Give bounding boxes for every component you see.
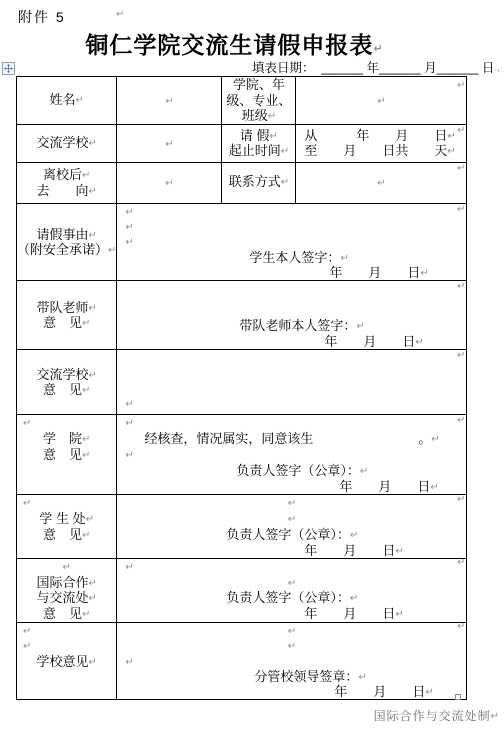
row-student-office-opinion: ↵学 生 处↵意 见↵ ↵ ↵ 负责人签字（公章）：↵ 年 月 日↵ [17,495,467,559]
paragraph-mark-icon: ↵ [288,498,296,509]
verification-note: 经核查，情况属实，同意该生 [144,431,313,446]
paragraph-mark-icon: ↵ [288,578,296,589]
paragraph-mark-icon: ↵ [82,434,90,445]
note-period: 。 [418,431,431,446]
paragraph-mark-icon: ↵ [288,641,296,652]
paragraph-mark-icon: ↵ [281,146,289,157]
paragraph-mark-icon: ↵ [82,170,90,181]
contact-input-cell[interactable]: ↵ [296,162,467,203]
application-form-table: 姓名↵ ↵ 学院、年级、专业、班级↵ ↵ 交流学校↵ ↵ 请 假↵起止时间↵ 从… [16,76,467,700]
paragraph-mark-icon: ↵ [447,131,455,142]
paragraph-mark-icon: ↵ [165,178,173,189]
paragraph-mark-icon: ↵ [425,687,433,698]
exchange-school-label-cell: 交流学校↵ [17,124,117,162]
safety-commitment-label: （附安全承诺） [17,242,108,257]
paragraph-mark-icon: ↵ [89,657,97,668]
college-grade-input-cell[interactable]: ↵ [296,77,467,125]
date-blank-line: 年 月 日 [324,334,415,349]
leave-period-input-cell[interactable]: 从 年 月 日↵至 月 日共 天↵ [296,124,467,162]
paragraph-mark-icon: ↵ [89,578,97,589]
opinion-label: 意 见 [43,315,82,330]
destination-input-cell[interactable]: ↵ [117,162,222,203]
leave-period-label-cell: 请 假↵起止时间↵ [222,124,296,162]
row-end-mark-icon: ↵ [457,80,471,94]
paragraph-mark-icon: ↵ [23,498,31,509]
document-page: 附件 5 ↵ 铜仁学院交流生请假申报表↵ 填表日期： ______ 年_____… [0,0,504,729]
row-school-opinion: ↵↵学校意见↵ ↵ ↵ ↵ 分管校领导签章：↵ 年 月 日↵ [17,623,467,700]
paragraph-mark-icon: ↵ [165,96,173,107]
four-direction-arrow-icon [4,64,13,73]
row-destination: 离校后↵去 向↵ ↵ 联系方式↵ ↵ [17,162,467,203]
school-opinion-label: 学校意见 [37,654,89,669]
responsible-signature-label: 负责人签字（公章）： [226,527,350,542]
row-end-mark-icon: ↵ [457,494,471,508]
paragraph-mark-icon: ↵ [377,96,385,107]
teacher-opinion-label-cell: 带队老师↵意 见↵ [17,281,117,350]
international-office-label: 国际合作 [37,575,89,590]
paragraph-mark-icon: ↵ [89,593,97,604]
paragraph-mark-icon: ↵ [288,626,296,637]
table-resize-handle-icon[interactable] [455,694,461,700]
paragraph-mark-icon: ↵ [125,562,133,573]
opinion-label: 意 见 [43,606,82,621]
paragraph-mark-icon: ↵ [82,318,90,329]
row-end-mark-icon: ↵ [457,557,471,571]
row-exchange-school: 交流学校↵ ↵ 请 假↵起止时间↵ 从 年 月 日↵至 月 日共 天↵ [17,124,467,162]
paragraph-mark-icon: ↵ [23,641,31,652]
paragraph-mark-icon: ↵ [360,466,368,477]
opinion-label: 意 见 [43,447,82,462]
paragraph-mark-icon: ↵ [431,434,439,445]
fill-date-line: 填表日期： ______ 年______ 月______ 日., [0,58,500,76]
leave-from-text: 从 年 月 日 [304,128,447,143]
paragraph-mark-icon: ↵ [125,237,133,248]
teacher-opinion-input-cell[interactable]: 带队老师本人签字：↵ 年 月 日↵ [117,281,467,350]
paragraph-mark-icon: ↵ [373,43,383,55]
teacher-opinion-label: 带队老师 [37,300,89,315]
paragraph-mark-icon: ↵ [125,207,133,218]
school-opinion-label-cell: ↵↵学校意见↵ [17,623,117,700]
paragraph-mark-icon: ↵ [82,609,90,620]
paragraph-mark-icon: ↵ [89,138,97,149]
paragraph-mark-icon: ↵ [288,514,296,525]
name-label: 姓名 [50,92,76,107]
paragraph-mark-icon: ↵ [350,593,358,604]
paragraph-mark-icon: ↵ [447,146,455,157]
paragraph-mark-icon: ↵ [125,450,133,461]
paragraph-mark-icon: ↵ [281,177,289,188]
paragraph-mark-icon: ↵ [268,111,276,122]
paragraph-mark-icon: ↵ [395,609,403,620]
date-blank-line: 年 月 日 [339,479,430,494]
date-blank-line: 年 月 日 [329,265,420,280]
destination-label: 离校后 [43,167,82,182]
leave-reason-label: 请假事由 [37,227,89,242]
international-office-label-cell: ↵国际合作↵与交流处↵意 见↵ [17,559,117,623]
paragraph-mark-icon: ↵ [89,303,97,314]
exchange-school-opinion-label-cell: 交流学校↵意 见↵ [17,350,117,415]
footer-credit: 国际合作与交流处制↵ [374,707,500,724]
table-move-handle-icon[interactable] [2,62,15,75]
destination-label: 去 向 [37,183,89,198]
row-exchange-school-opinion: 交流学校↵意 见↵ ↵ [17,350,467,415]
paragraph-mark-icon: ↵ [340,253,348,264]
paragraph-mark-icon: ↵ [86,514,94,525]
contact-label: 联系方式 [229,174,281,189]
paragraph-mark-icon: ↵ [89,230,97,241]
international-office-input-cell[interactable]: ↵ ↵ 负责人签字（公章）：↵ 年 月 日↵ [117,559,467,623]
date-blank-line: 年 月 日 [304,543,395,558]
row-international-office-opinion: ↵国际合作↵与交流处↵意 见↵ ↵ ↵ 负责人签字（公章）：↵ 年 月 日↵ [17,559,467,623]
attachment-label: 附件 5 [18,7,66,27]
teacher-signature-label: 带队老师本人签字： [239,318,356,333]
college-grade-label-cell: 学院、年级、专业、班级↵ [222,77,296,125]
leave-to-text: 至 月 日共 天 [304,143,447,158]
college-opinion-label-cell: ↵学 院↵意 见↵ [17,415,117,495]
leader-signature-label: 分管校领导签章： [254,669,358,684]
student-office-input-cell[interactable]: ↵ ↵ 负责人签字（公章）：↵ 年 月 日↵ [117,495,467,559]
row-end-mark-icon: ↵ [457,204,471,218]
row-end-mark-icon: ↵ [457,281,471,295]
name-label-cell: 姓名↵ [17,77,117,125]
row-college-opinion: ↵学 院↵意 见↵ ↵ 经核查，情况属实，同意该生。↵ ↵ 负责人签字（公章）：… [17,415,467,495]
paragraph-mark-icon: ↵ [415,337,423,348]
paragraph-mark-icon: ↵ [395,546,403,557]
exchange-school-opinion-input-cell[interactable]: ↵ [117,350,467,415]
page-title-text: 铜仁学院交流生请假申报表 [85,32,373,58]
footer-credit-text: 国际合作与交流处制 [374,709,491,723]
paragraph-mark-icon: ↵ [116,9,124,20]
exchange-school-label: 交流学校 [37,135,89,150]
paragraph-mark-icon: ↵ [108,245,116,256]
paragraph-mark-icon: ↵ [63,562,71,573]
paragraph-mark-icon: ↵ [89,370,97,381]
row-name: 姓名↵ ↵ 学院、年级、专业、班级↵ ↵ [17,77,467,125]
paragraph-mark-icon: ↵ [430,482,438,493]
paragraph-mark-icon: ↵ [377,178,385,189]
international-office-label: 与交流处 [37,590,89,605]
destination-label-cell: 离校后↵去 向↵ [17,162,117,203]
paragraph-mark-icon: ↵ [23,626,31,637]
paragraph-mark-icon: ↵ [125,222,133,233]
paragraph-mark-icon: ↵ [23,418,31,429]
responsible-signature-label: 负责人签字（公章）： [226,590,350,605]
row-end-mark-icon: ↵ [457,350,471,364]
paragraph-mark-icon: ↵ [165,139,173,150]
college-opinion-label: 学 院 [43,431,82,446]
paragraph-mark-icon: ↵ [82,450,90,461]
paragraph-mark-icon: ↵ [89,186,97,197]
row-end-mark-icon: ↵ [457,621,471,635]
paragraph-mark-icon: ↵ [125,657,133,668]
date-blank-line: 年 月 日 [304,606,395,621]
row-end-mark-icon: ↵ [457,415,471,429]
date-blank-line: 年 月 日 [334,684,425,699]
responsible-signature-label: 负责人签字（公章）： [236,463,360,478]
student-office-label-cell: ↵学 生 处↵意 见↵ [17,495,117,559]
name-input-cell[interactable]: ↵ [117,77,222,125]
paragraph-mark-icon: ↵ [358,672,366,683]
opinion-label: 意 见 [43,527,82,542]
row-teacher-opinion: 带队老师↵意 见↵ 带队老师本人签字：↵ 年 月 日↵ [17,281,467,350]
paragraph-mark-icon: ↵ [125,399,133,410]
paragraph-mark-icon: ↵ [82,530,90,541]
student-office-label: 学 生 处 [39,511,85,526]
exchange-school-input-cell[interactable]: ↵ [117,124,222,162]
leave-reason-input-cell[interactable]: ↵ ↵ ↵ 学生本人签字：↵ 年 月 日↵ [117,203,467,281]
exchange-school-opinion-label: 交流学校 [37,367,89,382]
row-leave-reason: 请假事由↵（附安全承诺）↵ ↵ ↵ ↵ 学生本人签字：↵ 年 月 日↵ [17,203,467,281]
fill-date-text: 填表日期： ______ 年______ 月______ 日 [252,61,495,75]
college-grade-label: 班级 [242,108,268,123]
paragraph-mark-icon: ↵ [420,268,428,279]
college-grade-label: 学院、年 [233,77,285,92]
student-signature-label: 学生本人签字： [249,250,340,265]
paragraph-mark-icon: ↵ [125,418,133,429]
college-opinion-input-cell[interactable]: ↵ 经核查，情况属实，同意该生。↵ ↵ 负责人签字（公章）：↵ 年 月 日↵ [117,415,467,495]
leave-period-label: 请 假 [240,128,270,143]
row-end-mark-icon: ↵ [457,163,471,177]
paragraph-mark-icon: ↵ [82,385,90,396]
leave-reason-label-cell: 请假事由↵（附安全承诺）↵ [17,203,117,281]
opinion-label: 意 见 [43,382,82,397]
contact-label-cell: 联系方式↵ [222,162,296,203]
paragraph-mark-icon: ↵ [350,530,358,541]
college-grade-label: 级、专业、 [226,93,291,108]
school-opinion-input-cell[interactable]: ↵ ↵ ↵ 分管校领导签章：↵ 年 月 日↵ [117,623,467,700]
row-end-mark-icon: ↵ [457,125,471,139]
paragraph-mark-icon: ↵ [491,711,500,722]
end-mark-icon: ., [494,63,500,74]
paragraph-mark-icon: ↵ [270,131,278,142]
leave-period-label: 起止时间 [229,143,281,158]
page-title: 铜仁学院交流生请假申报表↵ [16,27,453,60]
paragraph-mark-icon: ↵ [356,321,364,332]
paragraph-mark-icon: ↵ [76,95,84,106]
